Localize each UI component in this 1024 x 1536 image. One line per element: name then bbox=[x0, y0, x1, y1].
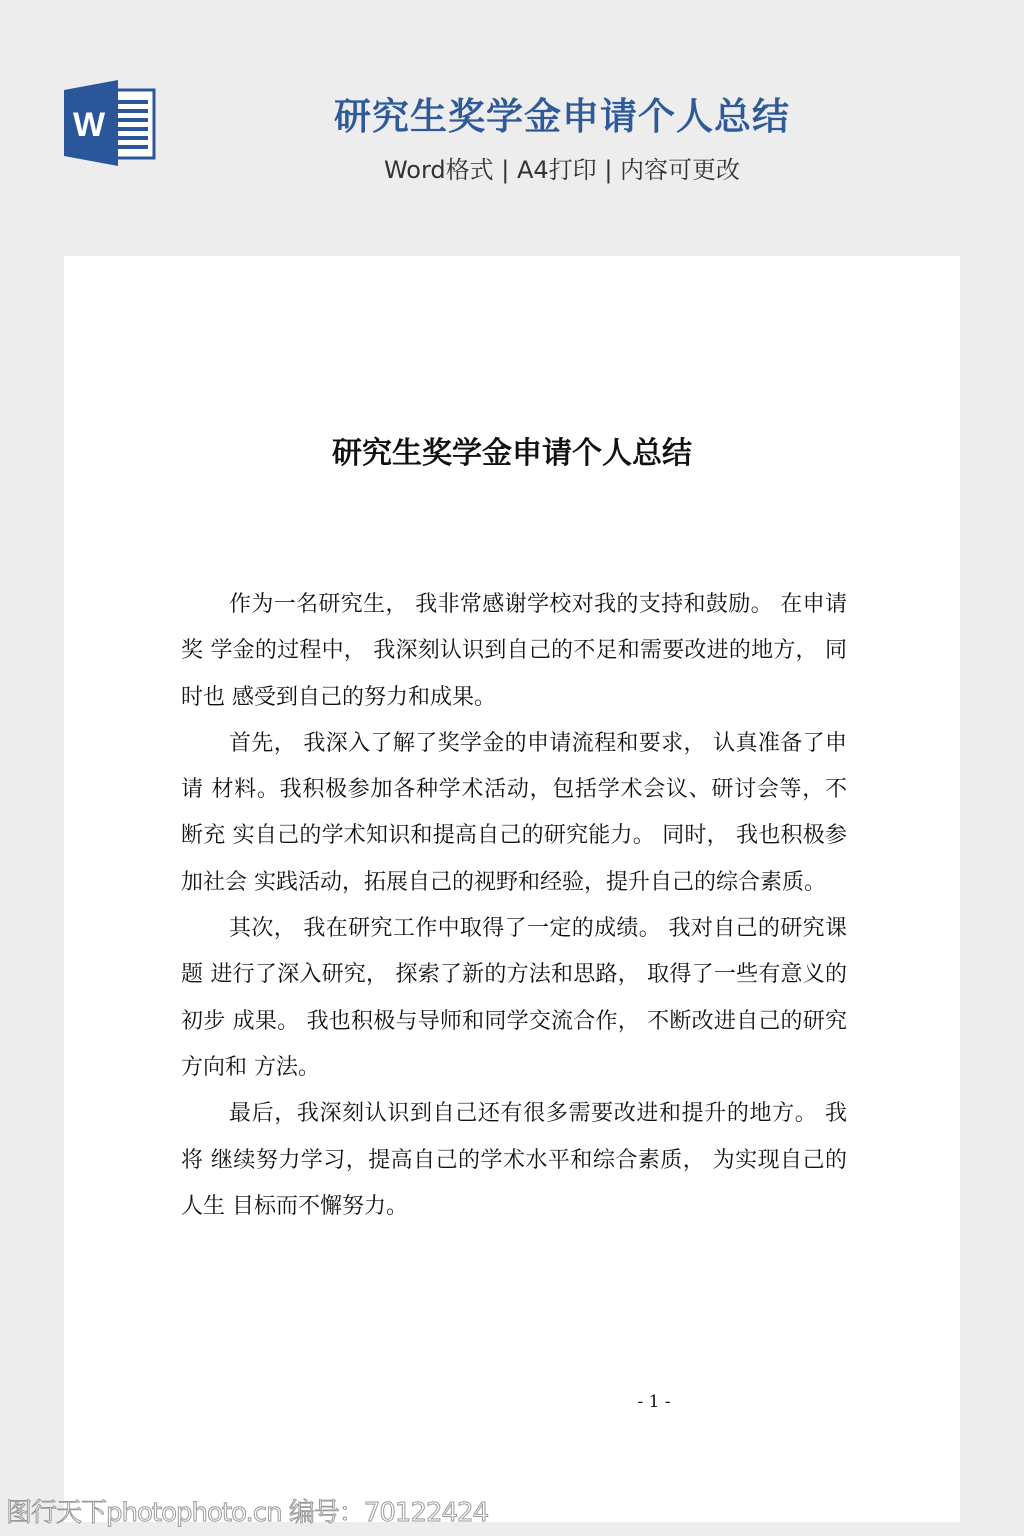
paragraph-3: 其次， 我在研究工作中取得了一定的成绩。 我对自己的研究课题 进行了深入研究， … bbox=[181, 906, 847, 1091]
document-title: 研究生奖学金申请个人总结 bbox=[64, 432, 960, 476]
document-page: 研究生奖学金申请个人总结 作为一名研究生， 我非常感谢学校对我的支持和鼓励。 在… bbox=[64, 256, 960, 1522]
paragraph-4: 最后，我深刻认识到自己还有很多需要改进和提升的地方。 我将 继续努力学习，提高自… bbox=[181, 1091, 847, 1230]
paragraph-1: 作为一名研究生， 我非常感谢学校对我的支持和鼓励。 在申请奖 学金的过程中， 我… bbox=[181, 582, 847, 721]
paragraph-2: 首先， 我深入了解了奖学金的申请流程和要求， 认真准备了申请 材料。我积极参加各… bbox=[181, 721, 847, 906]
header-banner: W 研究生奖学金申请个人总结 Word格式 | A4打印 | 内容可更改 bbox=[0, 0, 1024, 256]
header-title: 研究生奖学金申请个人总结 bbox=[0, 92, 1024, 142]
watermark: 图行天下photophoto.cn 编号：70122424 bbox=[6, 1492, 488, 1529]
page-number: - 1 - bbox=[624, 1392, 684, 1412]
document-body: 作为一名研究生， 我非常感谢学校对我的支持和鼓励。 在申请奖 学金的过程中， 我… bbox=[181, 582, 847, 1230]
header-subtitle: Word格式 | A4打印 | 内容可更改 bbox=[0, 152, 1024, 188]
